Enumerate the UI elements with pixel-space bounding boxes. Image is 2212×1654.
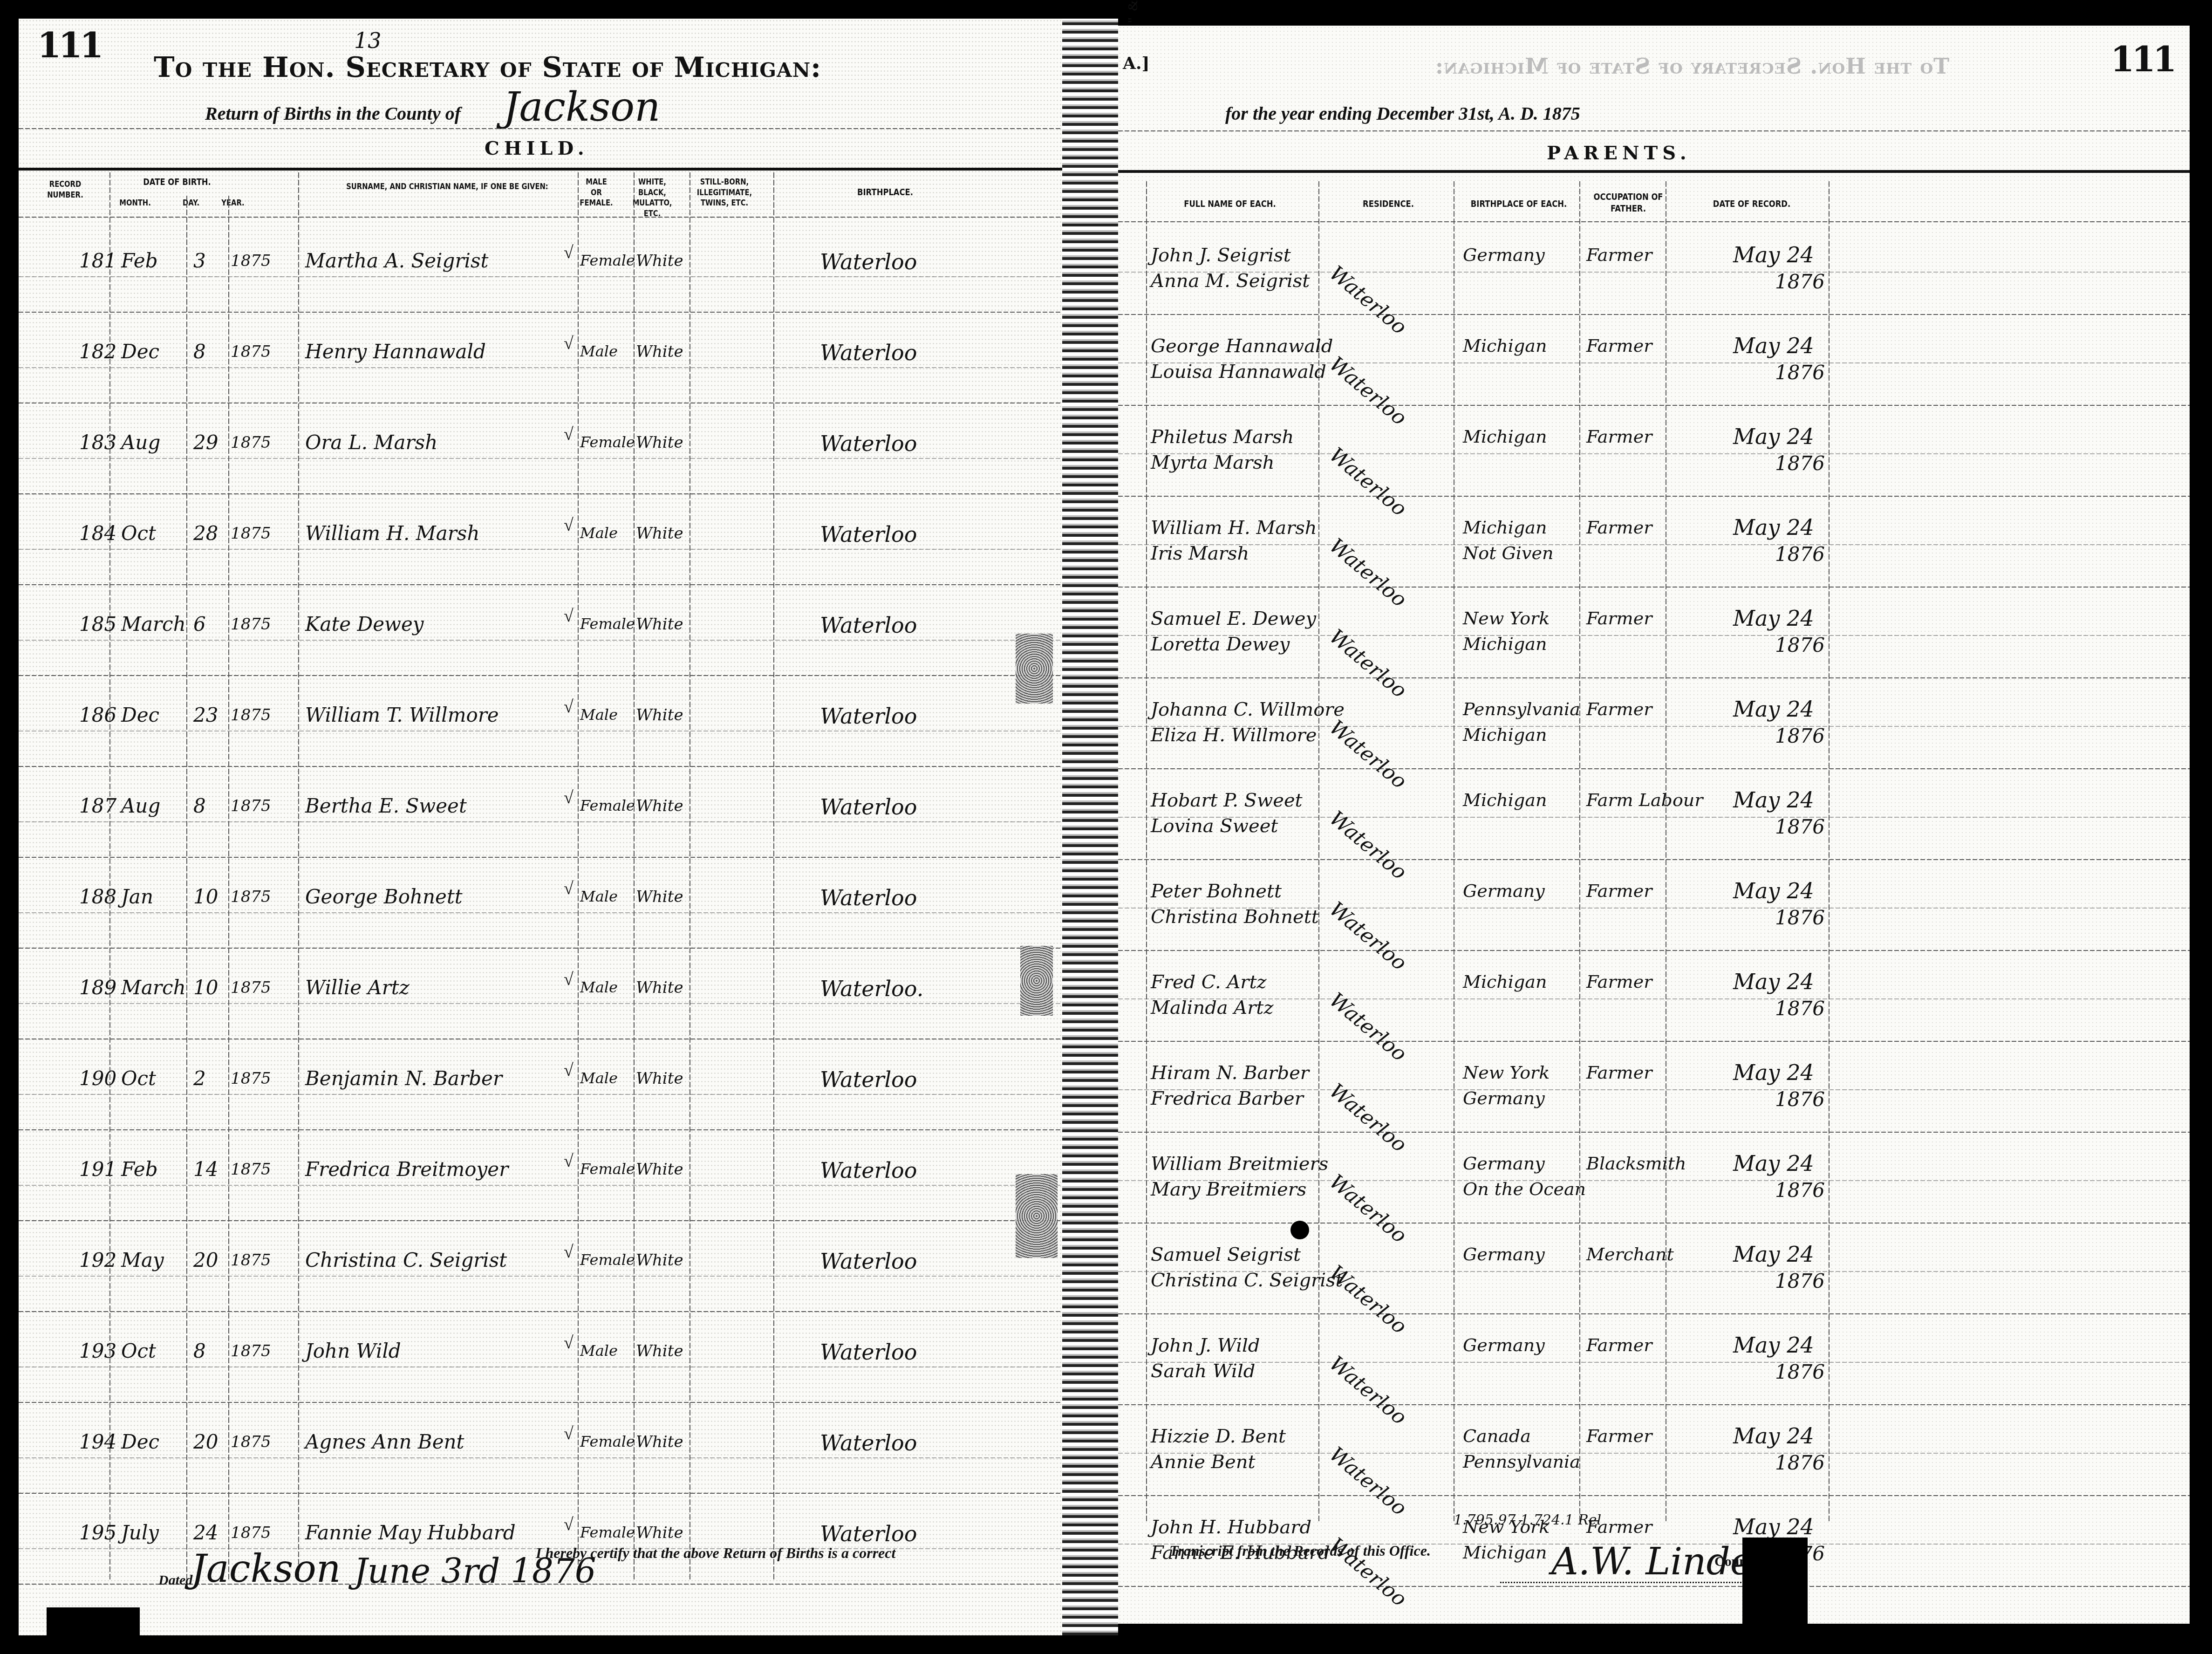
father-birthplace: Michigan [1463, 517, 1547, 538]
row-rule [1118, 314, 2190, 315]
record-date: May 24 [1733, 969, 1814, 994]
father-birthplace: Germany [1463, 1244, 1545, 1264]
birth-year: 1875 [231, 978, 271, 997]
record-number: 194 [79, 1430, 116, 1453]
page-number: 111 [2110, 40, 2174, 80]
child-record-row: 189March101875Willie Artz√MaleWhiteWater… [19, 950, 1062, 1041]
birth-day: 28 [193, 522, 218, 545]
row-rule [19, 1402, 1062, 1403]
header-rule [19, 168, 1062, 171]
father-name: John J. Seigrist [1151, 245, 1291, 266]
parent-record-row: Peter BohnettChristina BohnettWaterlooGe… [1118, 862, 2190, 953]
record-date: May 24 [1733, 515, 1814, 540]
birth-day: 24 [193, 1521, 218, 1544]
mother-birthplace: Not Given [1463, 543, 1553, 563]
record-number: 187 [79, 794, 116, 817]
record-year: 1876 [1775, 361, 1825, 384]
col-record-number: Record Number. [42, 179, 88, 200]
child-birthplace: Waterloo [820, 1430, 917, 1456]
header-bottom-rule [1118, 221, 2190, 222]
row-rule [19, 675, 1062, 676]
row-rule [1118, 1404, 2190, 1405]
child-color: White [636, 1342, 683, 1360]
page-title: To the Hon. Secretary of State of Michig… [154, 51, 821, 84]
birth-day: 6 [193, 613, 206, 636]
record-number: 193 [79, 1340, 116, 1362]
child-name: Willie Artz [305, 976, 410, 999]
child-record-row: 190Oct21875Benjamin N. Barber√MaleWhiteW… [19, 1041, 1062, 1132]
mother-name: Mary Breitmiers [1151, 1179, 1306, 1200]
record-date: May 24 [1733, 1242, 1814, 1267]
father-birthplace: Michigan [1463, 971, 1547, 992]
record-date: May 24 [1733, 333, 1814, 358]
record-year: 1876 [1775, 1270, 1825, 1292]
record-year: 1876 [1775, 452, 1825, 475]
father-name: George Hannawald [1151, 335, 1333, 357]
parent-record-row: Samuel E. DeweyLoretta DeweyWaterlooNew … [1118, 589, 2190, 680]
birth-month: Dec [121, 704, 159, 726]
row-rule [19, 312, 1062, 313]
child-birthplace: Waterloo [820, 704, 917, 729]
record-number: 184 [79, 522, 116, 545]
child-color: White [636, 433, 683, 452]
father-name: John J. Wild [1151, 1335, 1260, 1356]
col-full-name: Full Name of Each. [1161, 198, 1298, 210]
year-line: for the year ending December 31st, A. D.… [1225, 103, 1580, 124]
record-number: 192 [79, 1249, 116, 1271]
record-year: 1876 [1775, 1179, 1825, 1202]
page-number: 111 [37, 26, 101, 66]
father-birthplace: Germany [1463, 1335, 1545, 1355]
divider [1118, 130, 2190, 131]
row-rule [19, 766, 1062, 767]
row-midrule [1118, 453, 2190, 454]
county-label: Return of Births in the County of [205, 103, 461, 124]
header-rule [1118, 170, 2190, 173]
stamp-mark [1016, 634, 1053, 704]
row-midrule [1118, 1362, 2190, 1363]
child-color: White [636, 978, 683, 997]
record-number: 181 [79, 249, 116, 272]
birth-day: 20 [193, 1430, 218, 1453]
child-color: White [636, 1069, 683, 1088]
child-name: William H. Marsh [305, 522, 479, 545]
row-rule [1118, 768, 2190, 769]
child-record-row: 185March61875Kate Dewey√FemaleWhiteWater… [19, 587, 1062, 678]
birth-month: Oct [121, 1067, 156, 1090]
record-date: May 24 [1733, 878, 1814, 903]
child-sex: Male [580, 342, 618, 360]
parent-record-row: William H. MarshIris MarshWaterlooMichig… [1118, 499, 2190, 589]
birth-day: 8 [193, 794, 206, 817]
record-number: 182 [79, 340, 116, 363]
child-sex: Female [580, 797, 635, 814]
child-color: White [636, 1160, 683, 1179]
father-birthplace: Germany [1463, 245, 1545, 265]
child-birthplace: Waterloo [820, 1067, 917, 1092]
check-mark-icon: √ [564, 1333, 573, 1353]
row-midrule [1118, 1453, 2190, 1454]
left-page: 111 13 To the Hon. Secretary of State of… [19, 19, 1062, 1635]
parent-record-row: Hiram N. BarberFredrica BarberWaterlooNe… [1118, 1044, 2190, 1135]
row-midrule [19, 458, 1062, 459]
birth-year: 1875 [231, 615, 271, 634]
child-birthplace: Waterloo [820, 794, 917, 820]
child-birthplace: Waterloo [820, 1249, 917, 1274]
child-color: White [636, 1433, 683, 1451]
child-sex: Male [580, 1342, 618, 1360]
father-occupation: Farmer [1586, 245, 1652, 265]
row-rule [1118, 950, 2190, 951]
record-number: 190 [79, 1067, 116, 1090]
county-name: Jackson [503, 84, 660, 130]
mother-name: Myrta Marsh [1151, 452, 1275, 473]
child-sex: Male [580, 706, 618, 724]
birth-year: 1875 [231, 342, 271, 361]
father-birthplace: Michigan [1463, 335, 1547, 356]
row-rule [19, 857, 1062, 858]
father-name: Fred C. Artz [1151, 971, 1267, 993]
parent-record-row: Samuel SeigristChristina C. SeigristWate… [1118, 1225, 2190, 1316]
father-occupation: Farmer [1586, 608, 1652, 629]
row-rule [1118, 1586, 2190, 1587]
mother-name: Eliza H. Willmore [1151, 724, 1317, 746]
child-name: Martha A. Seigrist [305, 249, 488, 272]
mother-name: Christina C. Seigrist [1151, 1270, 1343, 1291]
row-midrule [19, 276, 1062, 277]
record-date: May 24 [1733, 1060, 1814, 1085]
child-name: Henry Hannawald [305, 340, 486, 363]
father-name: William Breitmiers [1151, 1153, 1328, 1175]
mother-birthplace: Germany [1463, 1088, 1545, 1108]
check-mark-icon: √ [564, 969, 573, 990]
child-name: William T. Willmore [305, 704, 499, 726]
mother-birthplace: On the Ocean [1463, 1179, 1586, 1199]
birth-day: 20 [193, 1249, 218, 1271]
child-color: White [636, 888, 683, 906]
parent-record-row: George HannawaldLouisa HannawaldWaterloo… [1118, 317, 2190, 408]
child-birthplace: Waterloo. [820, 976, 923, 1001]
row-rule [1118, 587, 2190, 588]
record-year: 1876 [1775, 270, 1825, 293]
child-birthplace: Waterloo [820, 1521, 917, 1546]
child-birthplace: Waterloo [820, 249, 917, 274]
row-midrule [19, 912, 1062, 913]
child-sex: Female [580, 1433, 635, 1450]
child-sex: Male [580, 524, 618, 542]
check-mark-icon: √ [564, 787, 573, 808]
father-name: Samuel Seigrist [1151, 1244, 1301, 1265]
father-occupation: Merchant [1586, 1244, 1674, 1264]
birth-month: Oct [121, 1340, 156, 1362]
mother-birthplace: Michigan [1463, 1542, 1547, 1563]
birth-month: Oct [121, 522, 156, 545]
divider [19, 128, 1062, 129]
child-name: Agnes Ann Bent [305, 1430, 464, 1453]
child-birthplace: Waterloo [820, 522, 917, 547]
row-midrule [1118, 544, 2190, 545]
col-name: Surname, and Christian Name, if one be g… [333, 182, 562, 192]
child-name: Ora L. Marsh [305, 431, 437, 454]
record-date: May 24 [1733, 1151, 1814, 1176]
col-sex: Male or Female. [579, 177, 614, 209]
father-name: Hiram N. Barber [1151, 1062, 1309, 1084]
mother-name: Christina Bohnett [1151, 906, 1319, 928]
mother-name: Sarah Wild [1151, 1360, 1255, 1382]
birth-year: 1875 [231, 252, 271, 270]
margin-note: 1.795.97 1.724.1 Rel [1454, 1512, 1601, 1528]
record-number: 183 [79, 431, 116, 454]
father-name: Johanna C. Willmore [1151, 699, 1345, 720]
check-mark-icon: √ [564, 1060, 573, 1080]
check-mark-icon: √ [564, 878, 573, 899]
parent-record-row: John J. SeigristAnna M. SeigristWaterloo… [1118, 226, 2190, 317]
col-status: Still-born, Illegitimate, Twins, Etc. [692, 177, 757, 209]
record-number: 186 [79, 704, 116, 726]
birth-month: Aug [121, 431, 160, 454]
father-occupation: Farmer [1586, 517, 1652, 538]
father-name: William H. Marsh [1151, 517, 1317, 539]
birth-day: 8 [193, 1340, 206, 1362]
row-midrule [19, 1276, 1062, 1277]
record-date: May 24 [1733, 606, 1814, 631]
col-residence: Residence. [1335, 198, 1442, 210]
signature-line [1500, 1582, 1761, 1583]
child-record-row: 182Dec81875Henry Hannawald√MaleWhiteWate… [19, 314, 1062, 405]
father-occupation: Farmer [1586, 1062, 1652, 1083]
child-record-row: 191Feb141875Fredrica Breitmoyer√FemaleWh… [19, 1132, 1062, 1223]
child-sex: Female [580, 252, 635, 269]
birth-month: Jan [121, 885, 153, 908]
binding-clip [1742, 1538, 1808, 1624]
check-mark-icon: √ [564, 1514, 573, 1535]
father-occupation: Farmer [1586, 1335, 1652, 1355]
birth-year: 1875 [231, 1160, 271, 1179]
check-mark-icon: √ [564, 333, 573, 354]
father-occupation: Farmer [1586, 335, 1652, 356]
father-birthplace: Pennsylvania [1463, 699, 1580, 719]
record-year: 1876 [1775, 997, 1825, 1020]
child-color: White [636, 342, 683, 361]
child-name: John Wild [305, 1340, 401, 1362]
mother-name: Iris Marsh [1151, 543, 1249, 564]
row-rule [19, 1220, 1062, 1221]
child-name: Kate Dewey [305, 613, 424, 636]
birth-month: July [121, 1521, 159, 1544]
child-sex: Female [580, 1251, 635, 1269]
father-birthplace: Germany [1463, 881, 1545, 901]
child-sex: Female [580, 433, 635, 451]
row-rule [19, 1129, 1062, 1130]
col-birthplace: Birthplace. [805, 186, 965, 198]
record-number: 189 [79, 976, 116, 999]
binding-shadow [47, 1607, 140, 1635]
pencil-note: 13 [354, 28, 382, 53]
record-date: May 24 [1733, 1423, 1814, 1449]
stamp-mark [1016, 1174, 1058, 1258]
father-occupation: Farmer [1586, 1426, 1652, 1446]
parent-record-row: Fred C. ArtzMalinda ArtzWaterlooMichigan… [1118, 953, 2190, 1044]
father-birthplace: Michigan [1463, 790, 1547, 810]
record-year: 1876 [1775, 1451, 1825, 1474]
row-rule [1118, 1495, 2190, 1496]
birth-day: 29 [193, 431, 218, 454]
birth-day: 8 [193, 340, 206, 363]
bleed-through-title: To the Hon. Secretary of State of Michig… [1435, 54, 1949, 79]
child-birthplace: Waterloo [820, 613, 917, 638]
child-sex: Female [580, 1160, 635, 1178]
col-color: White, Black, Mulatto, Etc. [629, 177, 675, 219]
birth-year: 1875 [231, 433, 271, 452]
section-title-child: CHILD. [485, 137, 589, 159]
row-midrule [19, 1003, 1062, 1004]
child-color: White [636, 706, 683, 724]
father-occupation: Farm Labour [1586, 790, 1703, 810]
row-rule [1118, 1223, 2190, 1223]
child-sex: Female [580, 1524, 635, 1541]
parent-record-row: Hizzie D. BentAnnie BentWaterlooCanadaPe… [1118, 1407, 2190, 1498]
col-occupation: Occupation of Father. [1592, 191, 1665, 214]
birth-year: 1875 [231, 1433, 271, 1451]
child-name: George Bohnett [305, 885, 463, 908]
birth-day: 10 [193, 885, 218, 908]
child-record-row: 181Feb31875Martha A. Seigrist√FemaleWhit… [19, 224, 1062, 314]
father-name: Hizzie D. Bent [1151, 1426, 1286, 1447]
parent-record-row: William BreitmiersMary BreitmiersWaterlo… [1118, 1135, 2190, 1225]
transcript-text: Transcript from the Records of this Offi… [1169, 1542, 1431, 1559]
child-sex: Male [580, 888, 618, 905]
child-color: White [636, 524, 683, 543]
father-name: Hobart P. Sweet [1151, 790, 1303, 811]
check-mark-icon: √ [564, 1242, 573, 1262]
child-record-row: 187Aug81875Bertha E. Sweet√FemaleWhiteWa… [19, 769, 1062, 860]
stamp-mark [1020, 946, 1053, 1016]
check-mark-icon: √ [564, 515, 573, 535]
mother-name: Annie Bent [1151, 1451, 1256, 1473]
child-color: White [636, 252, 683, 270]
child-record-row: 188Jan101875George Bohnett√MaleWhiteWate… [19, 860, 1062, 950]
ink-blot [1290, 1221, 1309, 1239]
col-birthplace-each: Birthplace of Each. [1465, 198, 1572, 210]
mother-birthplace: Michigan [1463, 634, 1547, 654]
row-midrule [19, 731, 1062, 731]
birth-month: Aug [121, 794, 160, 817]
child-name: Fannie May Hubbard [305, 1521, 516, 1544]
right-page: A.] To the Hon. Secretary of State of Mi… [1118, 26, 2190, 1624]
father-name: John H. Hubbard [1151, 1517, 1311, 1538]
col-day: Day. [176, 198, 206, 209]
record-date: May 24 [1733, 1333, 1814, 1358]
row-midrule [19, 821, 1062, 822]
book-gutter [1062, 19, 1118, 1635]
child-record-row: 194Dec201875Agnes Ann Bent√FemaleWhiteWa… [19, 1405, 1062, 1496]
father-birthplace: New York [1463, 608, 1550, 629]
child-birthplace: Waterloo [820, 1340, 917, 1365]
row-midrule [19, 1367, 1062, 1367]
parent-record-row: John J. WildSarah WildWaterlooGermanyFar… [1118, 1316, 2190, 1407]
child-color: White [636, 797, 683, 815]
mother-name: Anna M. Seigrist [1151, 270, 1310, 292]
row-rule [1118, 1041, 2190, 1042]
col-year: Year. [218, 198, 248, 209]
parent-record-row: Philetus MarshMyrta MarshWaterlooMichiga… [1118, 408, 2190, 499]
birth-day: 10 [193, 976, 218, 999]
child-record-row: 186Dec231875William T. Willmore√MaleWhit… [19, 678, 1062, 769]
row-midrule [19, 549, 1062, 550]
birth-year: 1875 [231, 1342, 271, 1360]
row-rule [1118, 1132, 2190, 1133]
record-number: 185 [79, 613, 116, 636]
child-record-row: 184Oct281875William H. Marsh√MaleWhiteWa… [19, 496, 1062, 587]
birth-year: 1875 [231, 706, 271, 724]
birth-month: Feb [121, 1158, 158, 1181]
father-birthplace: Germany [1463, 1153, 1545, 1174]
father-occupation: Farmer [1586, 426, 1652, 447]
child-name: Christina C. Seigrist [305, 1249, 507, 1271]
birth-month: Dec [121, 340, 159, 363]
record-year: 1876 [1775, 1088, 1825, 1111]
row-rule [19, 493, 1062, 494]
birth-month: May [121, 1249, 164, 1271]
col-date-of-birth: Date of Birth. [114, 176, 240, 188]
record-date: May 24 [1733, 697, 1814, 722]
col-month: Month. [107, 198, 164, 209]
row-midrule [1118, 998, 2190, 999]
row-rule [1118, 677, 2190, 678]
birth-year: 1875 [231, 524, 271, 543]
father-occupation: Farmer [1586, 699, 1652, 719]
row-rule [1118, 405, 2190, 406]
birth-month: Feb [121, 249, 158, 272]
dated-label: Dated [158, 1572, 192, 1588]
row-rule [19, 403, 1062, 403]
birth-day: 3 [193, 249, 206, 272]
dated-place: Jackson [191, 1547, 341, 1591]
mother-name: Loretta Dewey [1151, 634, 1290, 655]
record-number: 188 [79, 885, 116, 908]
row-rule [19, 1039, 1062, 1039]
check-mark-icon: √ [564, 424, 573, 444]
father-occupation: Farmer [1586, 971, 1652, 992]
birth-month: Dec [121, 1430, 159, 1453]
row-rule [1118, 496, 2190, 497]
header-bottom-rule [19, 217, 1062, 218]
father-birthplace: New York [1463, 1062, 1550, 1083]
check-mark-icon: √ [564, 1423, 573, 1444]
record-date: May 24 [1733, 242, 1814, 267]
row-rule [19, 1311, 1062, 1312]
father-occupation: Farmer [1586, 881, 1652, 901]
mother-name: Fredrica Barber [1151, 1088, 1304, 1109]
mother-birthplace: Pennsylvania [1463, 1451, 1580, 1472]
corner-mark: A.] [1123, 54, 1150, 73]
parent-record-row: Johanna C. WillmoreEliza H. WillmoreWate… [1118, 680, 2190, 771]
child-birthplace: Waterloo [820, 340, 917, 365]
row-midrule [19, 640, 1062, 641]
child-sex: Female [580, 615, 635, 633]
row-rule [1118, 1313, 2190, 1314]
check-mark-icon: √ [564, 697, 573, 717]
father-name: Samuel E. Dewey [1151, 608, 1316, 629]
father-birthplace: Michigan [1463, 426, 1547, 447]
record-year: 1876 [1775, 543, 1825, 566]
mother-name: Lovina Sweet [1151, 815, 1278, 837]
birth-month: March [121, 613, 186, 636]
record-date: May 24 [1733, 1514, 1814, 1539]
child-sex: Male [580, 978, 618, 996]
dated-date: June 3rd 1876 [354, 1551, 596, 1591]
record-year: 1876 [1775, 724, 1825, 747]
